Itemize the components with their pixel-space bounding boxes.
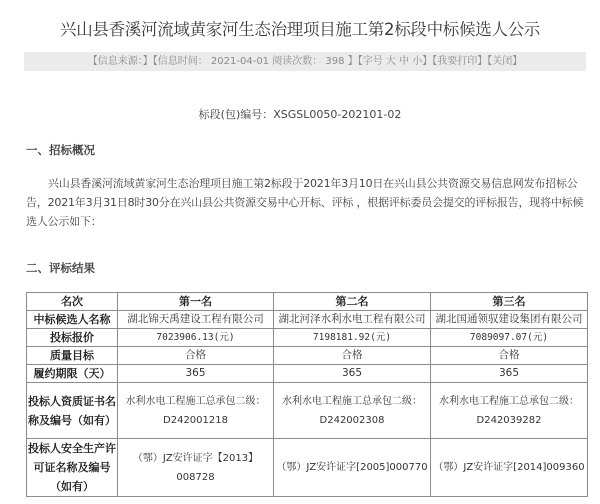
row-label: 投标人安全生产许可证名称及编号（如有） — [27, 439, 118, 497]
info-time-label: 【信息时间： — [153, 56, 208, 67]
info-reads-close: 】 — [348, 56, 358, 67]
table-cell: 合格 — [274, 347, 431, 365]
font-large-link[interactable]: 大 — [386, 56, 396, 67]
table-row: 中标候选人名称 湖北锦天禹建设工程有限公司 湖北河泽水利水电工程有限公司 湖北国… — [27, 311, 588, 329]
table-cell: 合格 — [431, 347, 588, 365]
info-bar: 【信息来源：】【信息时间： 2021-04-01 阅读次数： 398 】【字号 … — [24, 52, 586, 71]
table-cell: 7023906.13(元) — [118, 329, 274, 347]
header-second: 第二名 — [274, 293, 431, 311]
header-third: 第三名 — [431, 293, 588, 311]
table-cell: 7198181.92(元) — [274, 329, 431, 347]
table-row: 投标人安全生产许可证名称及编号（如有） （鄂）JZ安许证字【2013】00872… — [27, 439, 588, 497]
section-heading-overview: 一、招标概况 — [26, 142, 95, 158]
table-row: 履约期限（天） 365 365 365 — [27, 365, 588, 383]
table-cell: 水利水电工程施工总承包二级：D242002308 — [274, 383, 431, 439]
table-cell: 湖北国通领驭建设集团有限公司 — [431, 311, 588, 329]
table-header-row: 名次 第一名 第二名 第三名 — [27, 293, 588, 311]
table-cell: 合格 — [118, 347, 274, 365]
section-heading-results: 二、评标结果 — [26, 260, 95, 276]
info-reads-label: 阅读次数： — [272, 56, 322, 67]
results-table: 名次 第一名 第二名 第三名 中标候选人名称 湖北锦天禹建设工程有限公司 湖北河… — [26, 292, 588, 497]
table-row: 质量目标 合格 合格 合格 — [27, 347, 588, 365]
table-cell: 湖北锦天禹建设工程有限公司 — [118, 311, 274, 329]
page-title: 兴山县香溪河流域黄家河生态治理项目施工第2标段中标候选人公示 — [0, 16, 600, 40]
table-cell: （鄂）JZ安许证字【2013】008728 — [118, 439, 274, 497]
table-row: 投标人资质证书名称及编号（如有） 水利水电工程施工总承包二级：D24200121… — [27, 383, 588, 439]
table-cell: （鄂）JZ安许证字[2014]009360 — [431, 439, 588, 497]
font-medium-link[interactable]: 中 — [399, 56, 409, 67]
font-size-label: 【字号 — [358, 56, 383, 67]
header-rank: 名次 — [27, 293, 118, 311]
header-first: 第一名 — [118, 293, 274, 311]
close-link[interactable]: 【关闭】 — [487, 56, 522, 67]
table-cell: 365 — [274, 365, 431, 383]
row-label: 质量目标 — [27, 347, 118, 365]
table-cell: （鄂）JZ安许证字[2005]000770 — [274, 439, 431, 497]
font-small-link[interactable]: 小】 — [412, 56, 432, 67]
info-reads-value: 398 — [325, 56, 344, 67]
print-link[interactable]: 【我要打印】 — [432, 56, 487, 67]
table-cell: 365 — [118, 365, 274, 383]
table-cell: 365 — [431, 365, 588, 383]
table-row: 投标报价 7023906.13(元) 7198181.92(元) 7089097… — [27, 329, 588, 347]
row-label: 投标人资质证书名称及编号（如有） — [27, 383, 118, 439]
section-number: 标段(包)编号：XSGSL0050-202101-02 — [0, 106, 600, 122]
row-label: 中标候选人名称 — [27, 311, 118, 329]
table-cell: 湖北河泽水利水电工程有限公司 — [274, 311, 431, 329]
info-source: 【信息来源：】 — [88, 56, 153, 67]
overview-paragraph: 兴山县香溪河流域黄家河生态治理项目施工第2标段于2021年3月10日在兴山县公共… — [26, 174, 588, 231]
table-cell: 7089097.07(元) — [431, 329, 588, 347]
table-cell: 水利水电工程施工总承包二级：D242039282 — [431, 383, 588, 439]
table-cell: 水利水电工程施工总承包二级：D242001218 — [118, 383, 274, 439]
row-label: 投标报价 — [27, 329, 118, 347]
row-label: 履约期限（天） — [27, 365, 118, 383]
info-time-value: 2021-04-01 — [211, 56, 269, 67]
